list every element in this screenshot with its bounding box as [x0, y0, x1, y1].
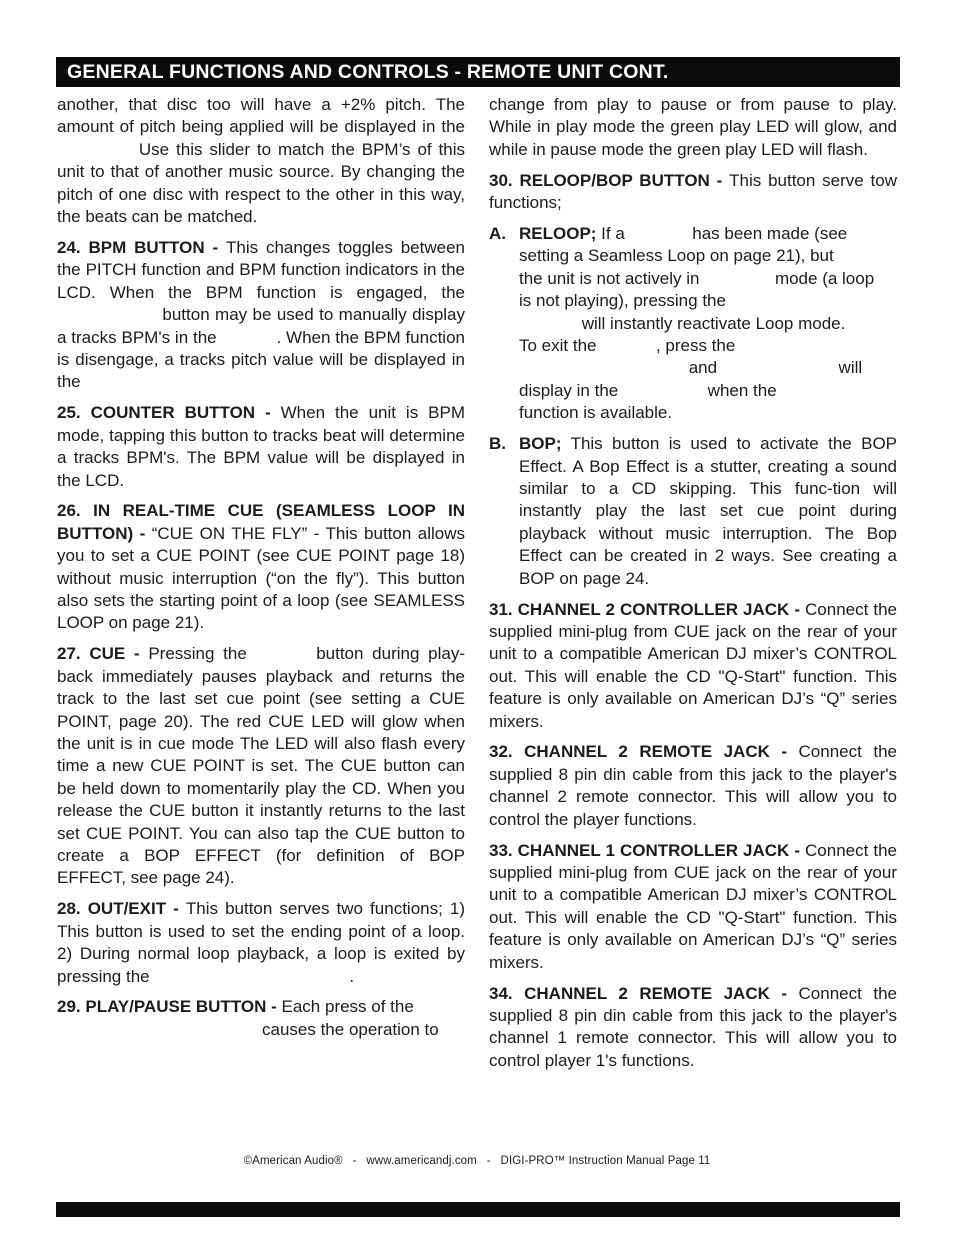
paragraph: 34. CHANNEL 2 REMOTE JACK - Connect the …: [489, 983, 897, 1073]
bottom-rule: [56, 1202, 900, 1217]
text-gap: [221, 342, 276, 343]
paragraph: another, that disc too will have a +2% p…: [57, 94, 465, 228]
bold-text: 24. BPM BUTTON -: [57, 238, 226, 257]
paragraph: 33. CHANNEL 1 CONTROLLER JACK - Connect …: [489, 840, 897, 974]
bold-text: 30. RELOOP/BOP BUTTON -: [489, 171, 729, 190]
text-gap: [57, 319, 157, 320]
body-text: display in the: [519, 381, 623, 400]
text-gap: [623, 395, 703, 396]
list-marker: A.: [489, 223, 506, 245]
body-text: function is available.: [519, 403, 672, 422]
paragraph: change from play to pause or from pause …: [489, 94, 897, 161]
body-text: is not playing), pressing the: [519, 291, 726, 310]
body-text: another, that disc too will have a +2% p…: [57, 95, 465, 136]
footer-text: ©American Audio® - www.americandj.com - …: [244, 1155, 711, 1167]
page-title: GENERAL FUNCTIONS AND CONTROLS - REMOTE …: [67, 61, 669, 83]
text-gap: [57, 1034, 262, 1035]
bold-text: 34. CHANNEL 2 REMOTE JACK -: [489, 984, 799, 1003]
text-gap: [722, 372, 834, 373]
text-gap: [57, 154, 132, 155]
bold-text: BOP;: [519, 434, 562, 453]
text-gap: [601, 350, 651, 351]
body-text: change from play to pause or from pause …: [489, 95, 897, 159]
text-gap: [704, 283, 770, 284]
body-text: Connect the supplied mini-plug from CUE …: [489, 841, 897, 972]
right-column: change from play to pause or from pause …: [489, 94, 897, 1081]
body-text: mode (a loop: [770, 269, 874, 288]
bold-text: 29. PLAY/PAUSE BUTTON -: [57, 997, 282, 1016]
text-gap: [630, 238, 688, 239]
bold-text: 32. CHANNEL 2 REMOTE JACK -: [489, 742, 799, 761]
bold-text: 28. OUT/EXIT -: [57, 899, 186, 918]
page-header-bar: GENERAL FUNCTIONS AND CONTROLS - REMOTE …: [56, 57, 900, 87]
page-footer: ©American Audio® - www.americandj.com - …: [0, 1155, 954, 1167]
paragraph: 28. OUT/EXIT - This button serves two fu…: [57, 898, 465, 988]
body-text: causes the operation to: [262, 1020, 439, 1039]
body-text: If a: [596, 224, 629, 243]
bold-text: 31. CHANNEL 2 CONTROLLER JACK -: [489, 600, 805, 619]
body-text: This button is used to activate the BOP …: [519, 434, 897, 587]
bold-text: 25. COUNTER BUTTON -: [57, 403, 281, 422]
bold-text: RELOOP;: [519, 224, 596, 243]
bold-text: 33. CHANNEL 1 CONTROLLER JACK -: [489, 841, 805, 860]
list-marker: B.: [489, 433, 506, 455]
body-text: setting a Seamless Loop on page 21), but: [519, 246, 834, 265]
body-text: Pressing the: [148, 644, 255, 663]
body-text: Each press of the: [282, 997, 414, 1016]
body-text: will instantly reactivate Loop mode.: [577, 314, 845, 333]
paragraph: 25. COUNTER BUTTON - When the unit is BP…: [57, 402, 465, 492]
body-text: Use this slider to match the BPM’s of th…: [57, 140, 465, 226]
text-columns: another, that disc too will have a +2% p…: [57, 94, 897, 1081]
body-text: Connect the supplied mini-plug from CUE …: [489, 600, 897, 731]
body-text: has been made (see: [688, 224, 848, 243]
bold-text: 27. CUE -: [57, 644, 148, 663]
text-gap: [519, 372, 684, 373]
body-text: and: [684, 358, 722, 377]
list-item: A.RELOOP; If a has been made (seesetting…: [489, 223, 897, 425]
text-gap: [154, 981, 349, 982]
body-text: when the: [703, 381, 777, 400]
body-text: .: [349, 967, 354, 986]
text-gap: [519, 328, 577, 329]
paragraph: 26. IN REAL-TIME CUE (SEAMLESS LOOP IN B…: [57, 500, 465, 634]
body-text: the unit is not actively in: [519, 269, 704, 288]
text-gap: [256, 658, 308, 659]
body-text: will: [834, 358, 862, 377]
body-text: , press the: [651, 336, 735, 355]
left-column: another, that disc too will have a +2% p…: [57, 94, 465, 1081]
paragraph: 24. BPM BUTTON - This changes toggles be…: [57, 237, 465, 394]
paragraph: 30. RELOOP/BOP BUTTON - This button serv…: [489, 170, 897, 215]
paragraph: 32. CHANNEL 2 REMOTE JACK - Connect the …: [489, 741, 897, 831]
body-text: button during play-back immediately paus…: [57, 644, 465, 887]
list-item: B.BOP; This button is used to activate t…: [489, 433, 897, 590]
paragraph: 29. PLAY/PAUSE BUTTON - Each press of th…: [57, 996, 465, 1041]
body-text: To exit the: [519, 336, 601, 355]
paragraph: 27. CUE - Pressing the button during pla…: [57, 643, 465, 889]
paragraph: 31. CHANNEL 2 CONTROLLER JACK - Connect …: [489, 599, 897, 733]
